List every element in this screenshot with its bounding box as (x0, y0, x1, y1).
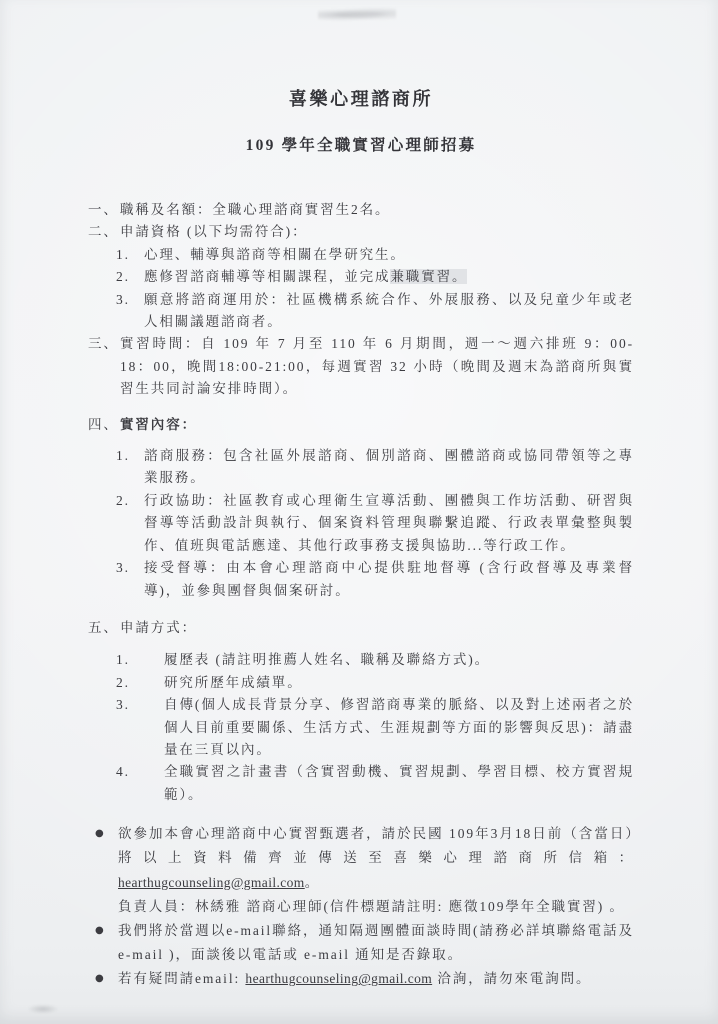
item-text: 應修習諮商輔導等相關課程，並完成兼職實習。 (144, 266, 634, 288)
item-text: 諮商服務：包含社區外展諮商、個別諮商、團體諮商或協同帶領等之專業服務。 (144, 445, 634, 490)
scan-smudge-icon (26, 1004, 60, 1014)
notices: ● 欲參加本會心理諮商中心實習甄選者，請於民國 109年3月18日前（含當日）將… (88, 822, 634, 991)
item-number: 2. (116, 672, 164, 694)
notice-text-plain: 。 (305, 875, 320, 890)
section-5-items: 1. 履歷表 (請註明推薦人姓名、職稱及聯絡方式)。 2. 研究所歷年成績單。 … (88, 649, 634, 806)
notice-interview: ● 我們將於當週以e-mail聯絡，通知隔週團體面談時間(請務必詳填聯絡電話及 … (95, 919, 634, 967)
scanned-page: 喜樂心理諮商所 109 學年全職實習心理師招募 一、 職稱及名額：全職心理諮商實… (0, 0, 718, 1024)
section-4-heading: 實習內容： (120, 414, 634, 436)
notice-text-plain: 若有疑問請email: (118, 971, 245, 986)
section-3-text: 實習時間：自 109 年 7 月至 110 年 6 月期間，週一～週六排班 9：… (120, 333, 634, 400)
item-number: 3. (116, 557, 144, 579)
section-1-text: 職稱及名額：全職心理諮商實習生2名。 (120, 199, 634, 221)
doc-subtitle: 109 學年全職實習心理師招募 (88, 134, 634, 158)
list-item: 1. 履歷表 (請註明推薦人姓名、職稱及聯絡方式)。 (116, 649, 634, 671)
notice-application-line: 欲參加本會心理諮商中心實習甄選者，請於民國 109年3月18日前（含當日）將以上… (118, 822, 634, 895)
item-number: 2. (116, 266, 144, 288)
item-number: 4. (116, 761, 164, 783)
bullet-icon: ● (95, 822, 118, 846)
item-text: 接受督導：由本會心理諮商中心提供駐地督導 (含行政督導及專業督導)，並參與團督與… (144, 557, 634, 602)
email-link: hearthugcounseling@gmail.com (245, 971, 432, 986)
bullet-icon: ● (95, 967, 118, 991)
list-item: 1. 心理、輔導與諮商等相關在學研究生。 (116, 244, 634, 266)
list-item: 2. 研究所歷年成績單。 (116, 672, 634, 694)
list-item: 1. 諮商服務：包含社區外展諮商、個別諮商、團體諮商或協同帶領等之專業服務。 (116, 445, 634, 490)
notice-text-plain: 欲參加本會心理諮商中心實習甄選者，請於民國 109年3月18日前（含當日）將以上… (118, 826, 634, 865)
section-2: 二、 申請資格 (以下均需符合)： (88, 221, 634, 243)
section-5: 五、 申請方式： (88, 617, 634, 639)
section-3: 三、 實習時間：自 109 年 7 月至 110 年 6 月期間，週一～週六排班… (88, 333, 634, 400)
item-number: 3. (116, 694, 164, 716)
notice-contact-person: 負責人員：林綉雅 諮商心理師(信件標題請註明: 應徵109學年全職實習) 。 (118, 895, 634, 919)
highlighted-text: 兼職實習。 (390, 269, 467, 284)
list-item: 2. 行政協助：社區教育或心理衛生宣導活動、團體與工作坊活動、研習與督導等活動設… (116, 490, 634, 557)
section-4-items: 1. 諮商服務：包含社區外展諮商、個別諮商、團體諮商或協同帶領等之專業服務。 2… (88, 445, 634, 602)
list-item: 3. 願意將諮商運用於：社區機構系統合作、外展服務、以及兒童少年或老人相關議題諮… (116, 289, 634, 334)
section-2-items: 1. 心理、輔導與諮商等相關在學研究生。 2. 應修習諮商輔導等相關課程，並完成… (88, 244, 634, 334)
doc-title: 喜樂心理諮商所 (88, 86, 634, 112)
section-2-number: 二、 (88, 221, 120, 243)
list-item: 3. 自傳(個人成長背景分享、修習諮商專業的脈絡、以及對上述兩者之於個人目前重要… (116, 694, 634, 761)
section-1-number: 一、 (88, 199, 120, 221)
section-5-heading: 申請方式： (120, 617, 634, 639)
list-item: 2. 應修習諮商輔導等相關課程，並完成兼職實習。 (116, 266, 634, 288)
list-item: 3. 接受督導：由本會心理諮商中心提供駐地督導 (含行政督導及專業督導)，並參與… (116, 557, 634, 602)
notice-application: ● 欲參加本會心理諮商中心實習甄選者，請於民國 109年3月18日前（含當日）將… (95, 822, 634, 919)
section-1: 一、 職稱及名額：全職心理諮商實習生2名。 (88, 199, 634, 221)
email-link: hearthugcounseling@gmail.com (118, 875, 305, 890)
item-number: 3. (116, 289, 144, 311)
list-item: 4. 全職實習之計畫書（含實習動機、實習規劃、學習目標、校方實習規範）。 (116, 761, 634, 806)
notice-questions: ● 若有疑問請email: hearthugcounseling@gmail.c… (95, 967, 634, 991)
notice-text-plain: 洽詢，請勿來電詢問。 (432, 971, 591, 986)
bullet-icon: ● (95, 919, 118, 943)
notice-text: 欲參加本會心理諮商中心實習甄選者，請於民國 109年3月18日前（含當日）將以上… (118, 822, 634, 919)
item-text: 履歷表 (請註明推薦人姓名、職稱及聯絡方式)。 (164, 649, 634, 671)
item-text: 心理、輔導與諮商等相關在學研究生。 (144, 244, 634, 266)
item-number: 2. (116, 490, 144, 512)
item-text-plain: 應修習諮商輔導等相關課程，並完成 (144, 269, 390, 284)
item-number: 1. (116, 445, 144, 467)
item-text: 自傳(個人成長背景分享、修習諮商專業的脈絡、以及對上述兩者之於個人目前重要關係、… (164, 694, 634, 761)
item-text: 研究所歷年成績單。 (164, 672, 634, 694)
scan-smudge-icon (318, 8, 396, 22)
item-text: 全職實習之計畫書（含實習動機、實習規劃、學習目標、校方實習規範）。 (164, 761, 634, 806)
notice-text: 若有疑問請email: hearthugcounseling@gmail.com… (118, 967, 634, 991)
item-text: 行政協助：社區教育或心理衛生宣導活動、團體與工作坊活動、研習與督導等活動設計與執… (144, 490, 634, 557)
notice-text: 我們將於當週以e-mail聯絡，通知隔週團體面談時間(請務必詳填聯絡電話及 e-… (118, 919, 634, 967)
section-4: 四、 實習內容： (88, 414, 634, 436)
item-number: 1. (116, 649, 164, 671)
section-5-number: 五、 (88, 617, 120, 639)
item-number: 1. (116, 244, 144, 266)
item-text: 願意將諮商運用於：社區機構系統合作、外展服務、以及兒童少年或老人相關議題諮商者。 (144, 289, 634, 334)
section-4-number: 四、 (88, 414, 120, 436)
section-3-number: 三、 (88, 333, 120, 355)
section-2-heading: 申請資格 (以下均需符合)： (120, 221, 634, 243)
